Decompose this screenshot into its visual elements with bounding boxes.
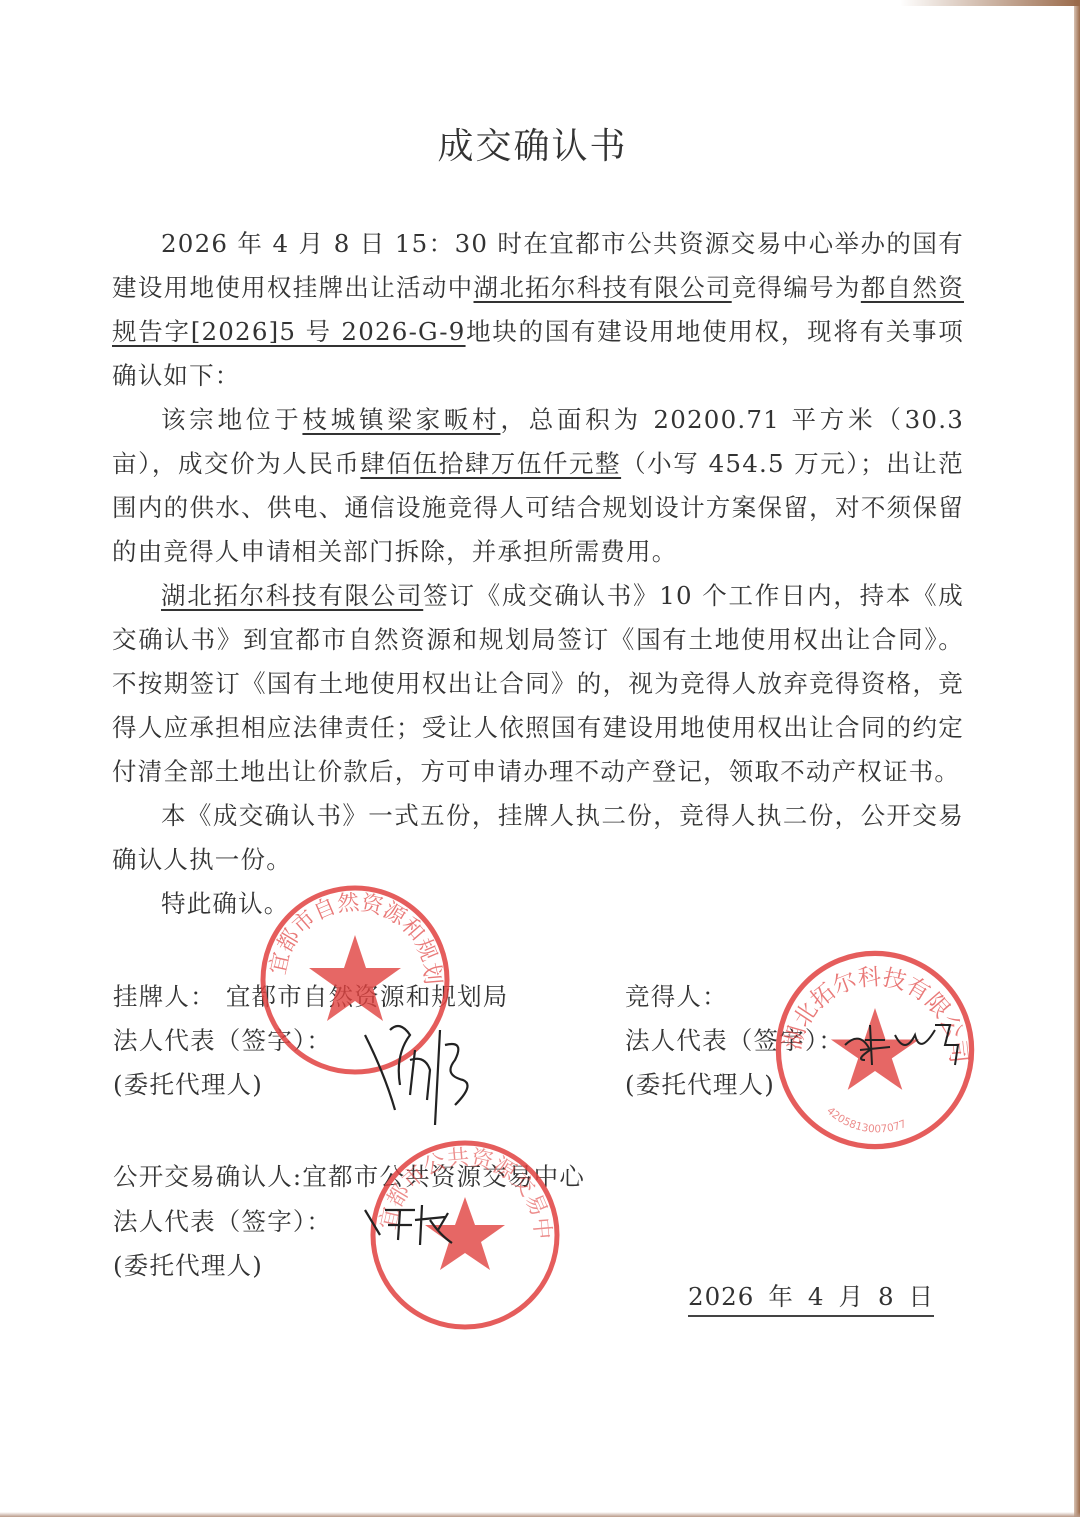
document-date: 2026年4月8日: [688, 1278, 934, 1317]
p2-pre: 该宗地位于: [161, 405, 302, 434]
bidder-label: 竞得人：: [625, 978, 728, 1013]
date-year: 2026: [688, 1282, 754, 1311]
date-year-unit: 年: [768, 1282, 794, 1311]
price-in-words: 肆佰伍拾肆万伍仟元整: [360, 449, 621, 478]
confirmer-label: 公开交易确认人:: [113, 1162, 302, 1191]
date-day-unit: 日: [909, 1282, 935, 1311]
paragraph-auction-result: 2026 年 4 月 8 日 15：30 时在宜都市公共资源交易中心举办的国有建…: [112, 222, 964, 398]
document-title: 成交确认书: [0, 118, 1065, 169]
p3-post: 签订《成交确认书》10 个工作日内，持本《成交确认书》到宜都市自然资源和规划局签…: [112, 581, 964, 786]
parcel-location: 枝城镇梁家畈村: [302, 405, 500, 434]
lister-label: 挂牌人：: [113, 982, 216, 1011]
paragraph-confirm: 特此确认。: [112, 882, 964, 926]
date-month-unit: 月: [838, 1282, 864, 1311]
paper-edge-bottom: [0, 1512, 1080, 1517]
paper-edge-right: [1074, 0, 1080, 1517]
document-body: 2026 年 4 月 8 日 15：30 时在宜都市公共资源交易中心举办的国有建…: [112, 222, 964, 926]
svg-text:4205813007077: 4205813007077: [824, 1105, 908, 1136]
confirmer-legal-rep-label: 法人代表（签字）：: [113, 1203, 332, 1238]
paragraph-parcel-details: 该宗地位于枝城镇梁家畈村，总面积为 20200.71 平方米（30.3 亩），成…: [112, 398, 964, 574]
lister-agent-label: (委托代理人): [113, 1066, 263, 1101]
date-day: 8: [878, 1282, 895, 1311]
confirmer-agent-label: (委托代理人): [113, 1247, 263, 1282]
paragraph-copies: 本《成交确认书》一式五份，挂牌人执二份，竞得人执二份，公开交易确认人执一份。: [112, 794, 964, 882]
bidder-agent-label: (委托代理人): [625, 1066, 775, 1101]
lister-signature-icon: [355, 1015, 495, 1145]
confirmer-signature-icon: [360, 1195, 470, 1255]
paragraph-contract-terms: 湖北拓尔科技有限公司签订《成交确认书》10 个工作日内，持本《成交确认书》到宜都…: [112, 574, 964, 794]
paper-edge-top: [900, 0, 1080, 6]
bidder-name: 湖北拓尔科技有限公司: [474, 273, 732, 302]
date-month: 4: [808, 1282, 825, 1311]
bidder-name-2: 湖北拓尔科技有限公司: [161, 581, 423, 610]
bidder-signature-icon: [840, 1015, 970, 1075]
p1-mid: 竞得编号为: [732, 273, 861, 302]
